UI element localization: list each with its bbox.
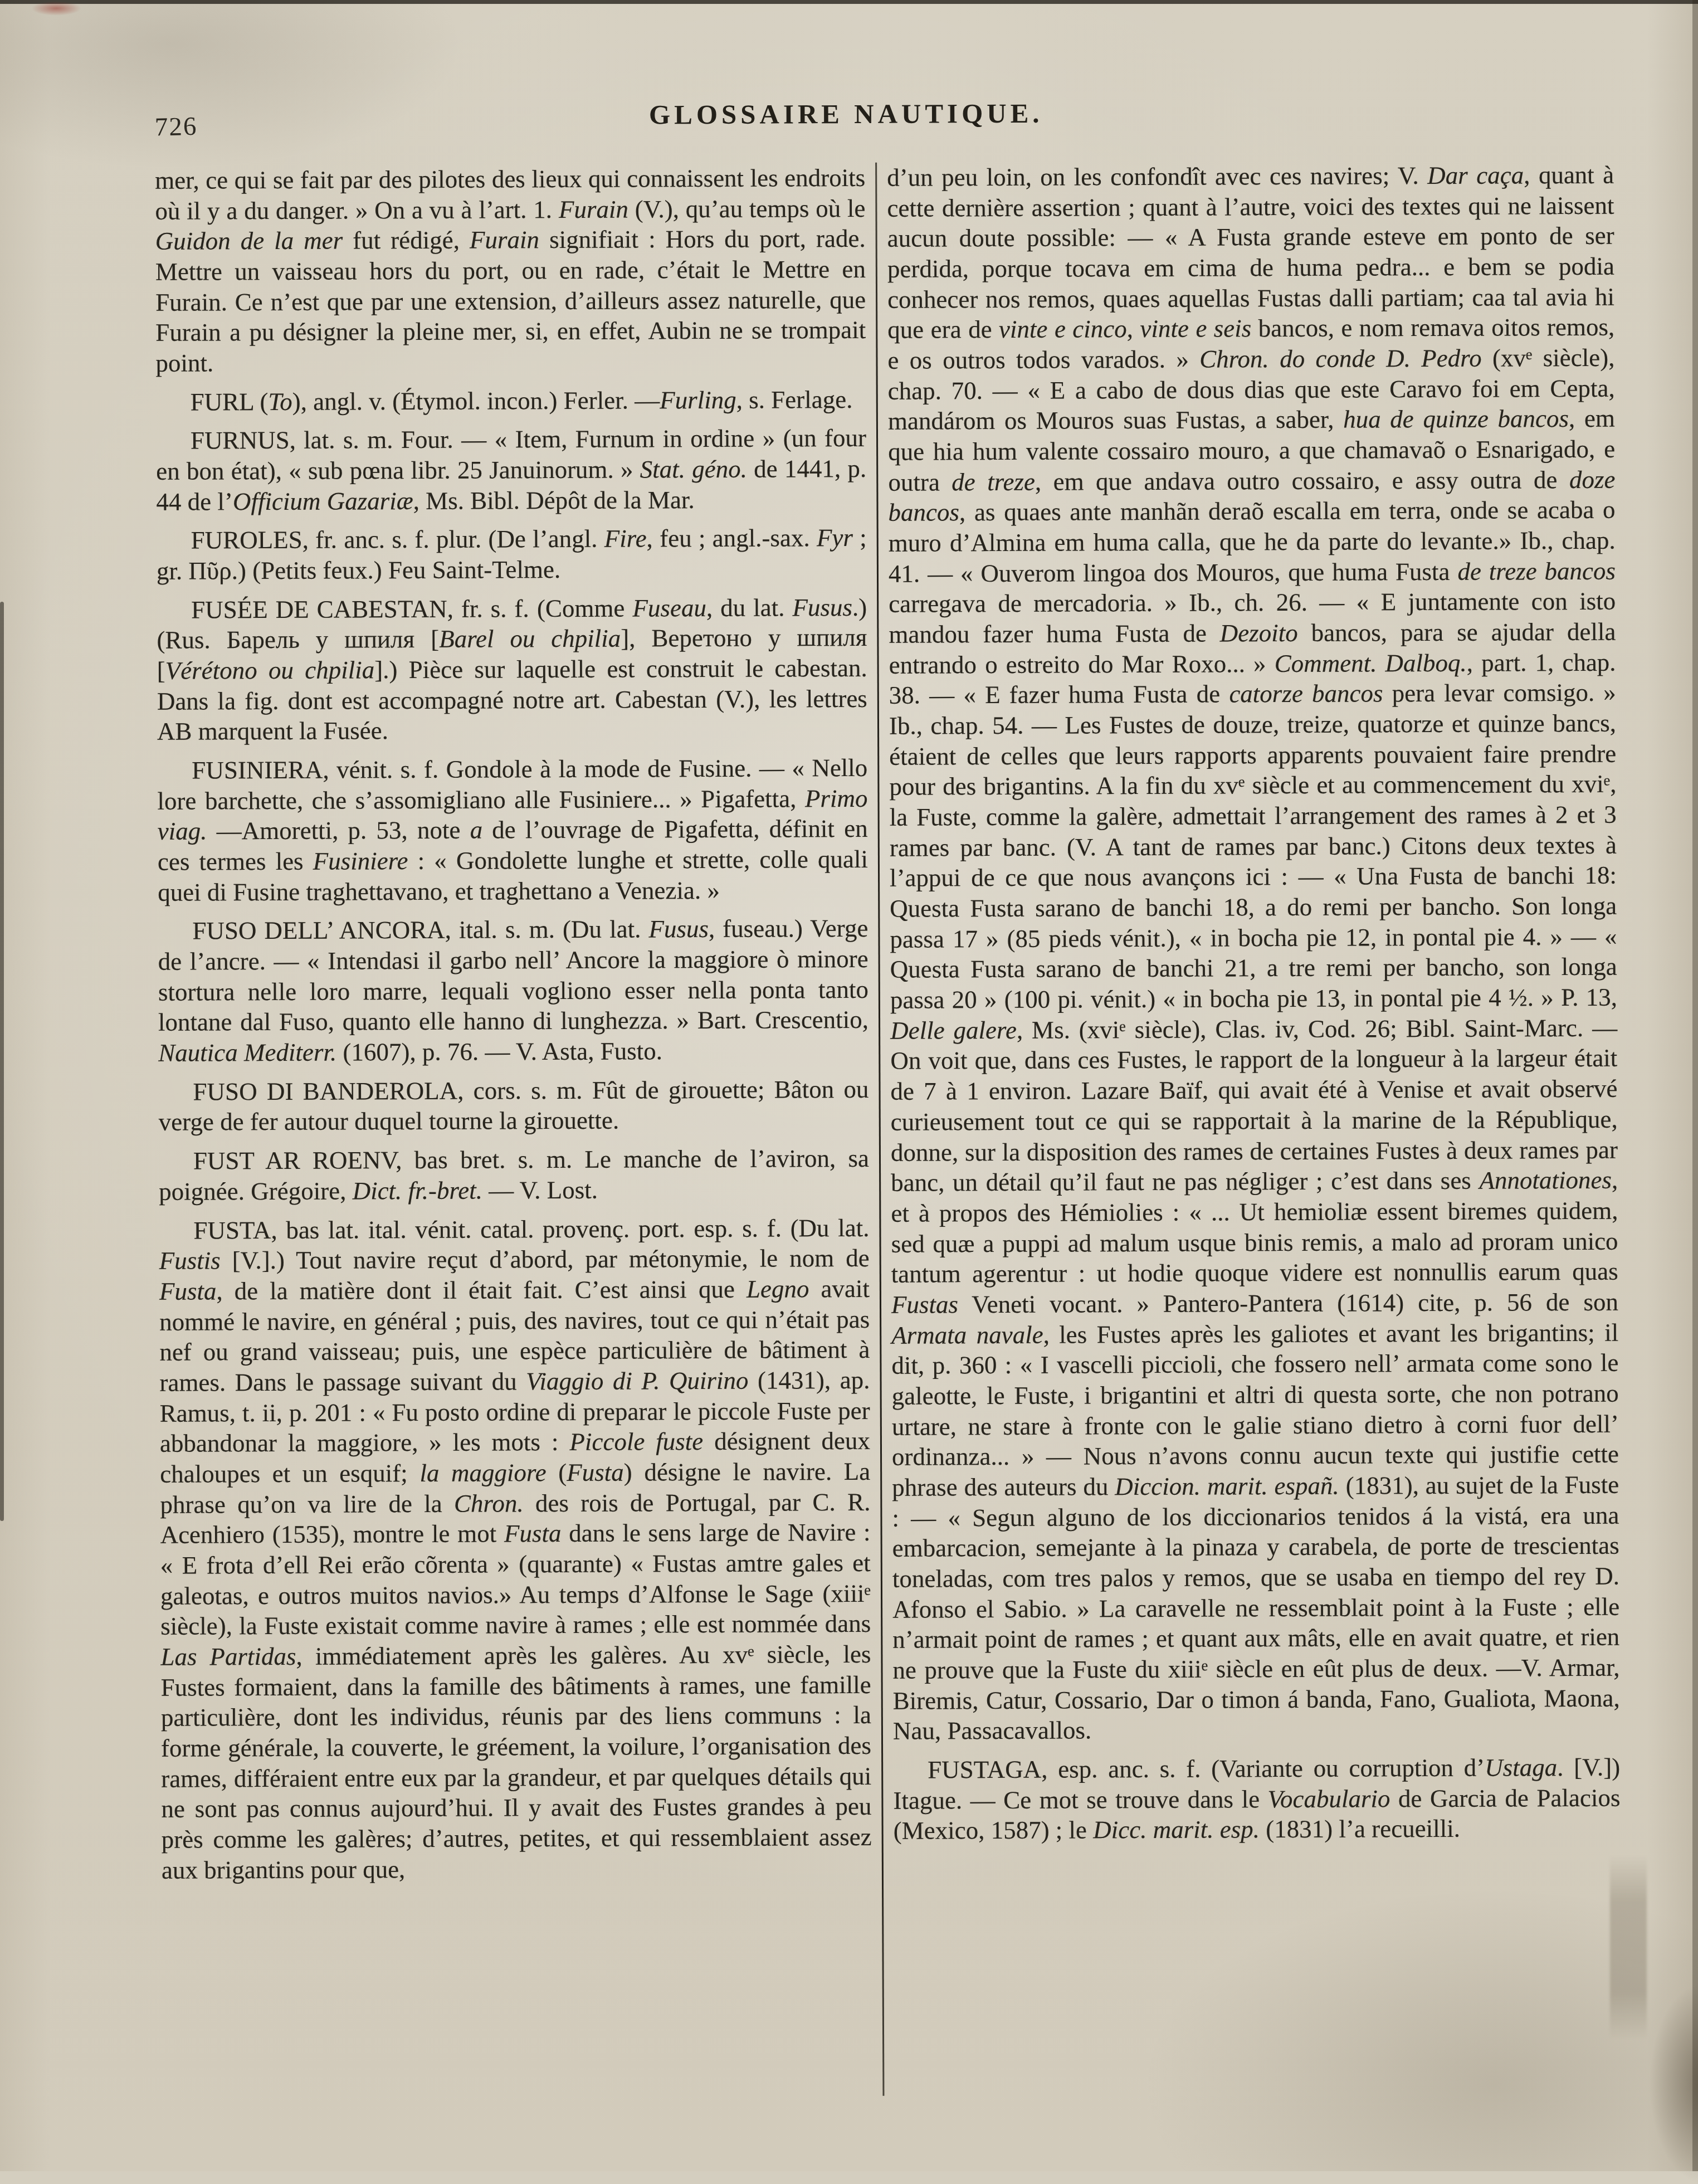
italic-segment: Furain [470, 226, 539, 253]
text-segment: FUSTAGA, esp. anc. s. f. (Variante ou co… [928, 1754, 1485, 1784]
italic-segment: Fuseau [632, 594, 706, 622]
text-segment: , immédiatement après les galères. Au xv… [161, 1640, 872, 1884]
italic-segment: catorze bancos [1229, 680, 1383, 708]
continuation-paragraph: mer, ce qui se fait par des pilotes des … [155, 163, 866, 379]
italic-segment: Fusiniere [313, 847, 408, 875]
text-segment: ( [547, 1459, 567, 1486]
italic-segment: Fire [604, 525, 647, 553]
text-segment: FUROLES, fr. anc. s. f. plur. (De l’angl… [191, 525, 604, 554]
text-segment: , du lat. [706, 593, 793, 622]
italic-segment: Fusta [567, 1458, 624, 1486]
italic-segment: vinte e seis [1140, 315, 1251, 343]
continuation-paragraph: d’un peu loin, on les confondît avec ces… [887, 160, 1620, 1747]
italic-segment: Armata navale [891, 1320, 1043, 1349]
entry-paragraph: FUSO DI BANDEROLA, cors. s. m. Fût de gi… [158, 1074, 868, 1138]
italic-segment: Delle galere [890, 1016, 1017, 1045]
text-segment: FUSÉE DE CABESTAN, fr. s. f. (Comme [191, 594, 632, 623]
italic-segment: hua de quinze bancos [1343, 404, 1569, 433]
italic-segment: Vérétono ou chpilia [165, 656, 375, 684]
text-segment: pera levar comsigo. » Ib., chap. 54. — L… [889, 679, 1617, 1014]
italic-segment: Chron. [454, 1489, 524, 1517]
text-segment: (1607), p. 76. — V. Asta, Fusto. [336, 1037, 662, 1066]
italic-segment: Barel ou chpilia [439, 625, 621, 653]
entry-paragraph: FUSINIERA, vénit. s. f. Gondole à la mod… [157, 753, 868, 908]
italic-segment: Fustis [159, 1247, 221, 1275]
running-title: GLOSSAIRE NAUTIQUE. [0, 95, 1695, 133]
text-columns: mer, ce qui se fait par des pilotes des … [155, 160, 1623, 2099]
entry-paragraph: FUST AR ROENV, bas bret. s. m. Le manche… [159, 1143, 869, 1207]
italic-segment: de treze [952, 467, 1035, 496]
text-segment: , em que andava outro cossairo, e assy o… [1035, 466, 1569, 496]
text-segment: , Ms. Bibl. Dépôt de la Mar. [413, 486, 695, 515]
scan-artifact-right-edge [1692, 0, 1698, 2171]
text-segment: (1831) l’a recueilli. [1260, 1815, 1460, 1843]
italic-segment: Dezoito [1220, 619, 1298, 647]
text-segment: — V. Lost. [482, 1176, 598, 1205]
italic-segment: Officium Gazariæ [233, 487, 413, 515]
italic-segment: de treze bancos [1457, 557, 1616, 585]
scan-artifact-corner-smudge [1649, 1983, 1698, 2171]
text-segment: FUSO DELL’ ANCORA, ital. s. m. (Du lat. [192, 915, 648, 945]
scan-artifact-foxing-mark [31, 1, 81, 16]
italic-segment: a [470, 816, 483, 844]
text-segment: , s. Ferlage. [736, 386, 853, 414]
italic-segment: Diccion. marit. españ. [1115, 1472, 1339, 1501]
text-segment: FUSINIERA, vénit. s. f. Gondole à la mod… [157, 754, 867, 815]
italic-segment: Fusta [504, 1519, 562, 1547]
italic-segment: Comment. Dalboq. [1275, 649, 1467, 677]
italic-segment: Guidon de la mer [155, 227, 343, 255]
italic-segment: Legno [746, 1275, 809, 1303]
scan-artifact-left-edge [0, 602, 4, 1521]
entry-paragraph: FUSTAGA, esp. anc. s. f. (Variante ou co… [893, 1752, 1621, 1846]
text-segment: (1831), au sujet de la Fuste : — « Segun… [892, 1471, 1619, 1745]
entry-paragraph: FUSO DELL’ ANCORA, ital. s. m. (Du lat. … [158, 913, 868, 1068]
right-column: d’un peu loin, on les confondît avec ces… [887, 160, 1621, 2096]
italic-segment: Stat. géno. [640, 455, 747, 484]
italic-segment: To [268, 388, 292, 416]
italic-segment: Las Partidas [160, 1642, 296, 1671]
italic-segment: Fyr [817, 524, 853, 552]
text-segment: , de la matière dont il était fait. C’es… [216, 1275, 746, 1305]
column-divider [875, 163, 884, 2096]
italic-segment: Fustas [891, 1290, 958, 1318]
entry-paragraph: FURL (To), angl. v. (Étymol. incon.) Fer… [156, 384, 866, 418]
italic-segment: Fusus [648, 915, 709, 943]
entry-paragraph: FUROLES, fr. anc. s. f. plur. (De l’angl… [157, 523, 867, 586]
page-content: 726 GLOSSAIRE NAUTIQUE. mer, ce qui se f… [0, 0, 1698, 2171]
italic-segment: Dicc. marit. esp. [1093, 1815, 1260, 1844]
entry-paragraph: FUSTA, bas lat. ital. vénit. catal. prov… [159, 1212, 872, 1885]
text-segment: fut rédigé, [343, 226, 470, 255]
italic-segment: Furain [559, 195, 628, 223]
italic-segment: Nautica Mediterr. [158, 1039, 336, 1067]
text-segment: (V.), qu’au temps où le [628, 194, 866, 223]
italic-segment: vinte e cinco [999, 315, 1127, 343]
italic-segment: Viaggio di P. Quirino [526, 1367, 748, 1396]
italic-segment: la maggiore [419, 1459, 547, 1487]
scanned-page: 726 GLOSSAIRE NAUTIQUE. mer, ce qui se f… [0, 0, 1698, 2171]
text-segment: , [1127, 315, 1140, 343]
italic-segment: Furling [660, 386, 736, 414]
entry-paragraph: FURNUS, lat. s. m. Four. — « Item, Furnu… [156, 423, 867, 517]
text-segment: d’un peu loin, on les confondît avec ces… [887, 162, 1427, 192]
text-segment: ), angl. v. (Étymol. incon.) Ferler. — [292, 386, 660, 416]
left-column: mer, ce qui se fait par des pilotes des … [155, 163, 872, 2099]
italic-segment: Annotationes [1479, 1166, 1612, 1195]
italic-segment: Dict. fr.-bret. [352, 1176, 482, 1205]
italic-segment: Fusus [792, 593, 852, 621]
text-segment: —Amoretti, p. 53, note [207, 816, 470, 845]
italic-segment: Piccole fuste [569, 1427, 703, 1456]
text-segment: FUSO DI BANDEROLA, cors. s. m. Fût de gi… [159, 1075, 869, 1137]
scan-artifact-top-edge [0, 0, 1698, 4]
text-segment: [V.].) Tout navire reçut d’abord, par mé… [221, 1244, 870, 1274]
italic-segment: Chron. do conde D. Pedro [1199, 344, 1482, 373]
text-segment: FUSTA, bas lat. ital. vénit. catal. prov… [193, 1213, 869, 1244]
italic-segment: Vocabulario [1267, 1785, 1390, 1813]
italic-segment: Ustaga [1485, 1753, 1557, 1781]
italic-segment: Dar caça [1427, 161, 1524, 189]
text-segment: Veneti vocant. » Pantero-Pantera (1614) … [958, 1288, 1618, 1319]
text-segment: FURL ( [191, 388, 269, 416]
scan-artifact-streak [1610, 1855, 1647, 2039]
text-segment: , feu ; angl.-sax. [646, 524, 817, 553]
entry-paragraph: FUSÉE DE CABESTAN, fr. s. f. (Comme Fuse… [157, 592, 867, 747]
italic-segment: Fusta [159, 1277, 217, 1305]
